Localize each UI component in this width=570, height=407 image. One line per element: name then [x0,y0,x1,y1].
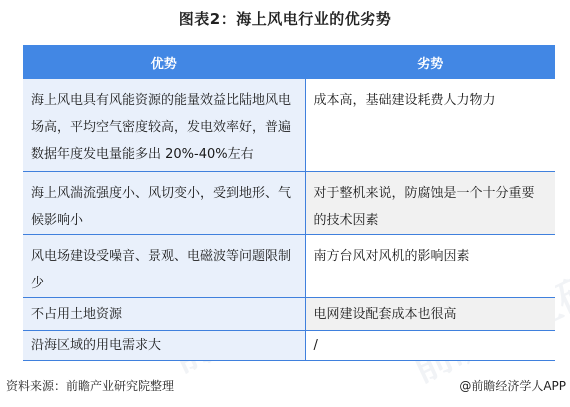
pros-cons-table: 优势 劣势 海上风电具有风能资源的能量效益比陆地风电场高，平均空气密度较高，发电… [23,45,555,361]
header-advantages: 优势 [23,45,305,79]
table-row: 沿海区域的用电需求大 / [23,330,555,360]
advantage-cell: 海上风电具有风能资源的能量效益比陆地风电场高，平均空气密度较高，发电效率好，普遍… [23,79,305,171]
table-row: 海上风电具有风能资源的能量效益比陆地风电场高，平均空气密度较高，发电效率好，普遍… [23,79,555,171]
chart-title: 图表2：海上风电行业的优劣势 [0,8,570,29]
source-note: 资料来源：前瞻产业研究院整理 [6,377,174,394]
advantage-cell: 不占用土地资源 [23,297,305,330]
table-row: 不占用土地资源 电网建设配套成本也很高 [23,297,555,330]
disadvantage-cell: 成本高，基础建设耗费人力物力 [305,79,555,171]
advantage-cell: 风电场建设受噪音、景观、电磁波等问题限制少 [23,234,305,297]
disadvantage-cell: / [305,330,555,360]
header-disadvantages: 劣势 [305,45,555,79]
disadvantage-cell: 对于整机来说，防腐蚀是一个十分重要的技术因素 [305,171,555,234]
advantage-cell: 海上风湍流强度小、风切变小，受到地形、气候影响小 [23,171,305,234]
disadvantage-cell: 南方台风对风机的影响因素 [305,234,555,297]
page: 图表2：海上风电行业的优劣势 前瞻产业研究院 前瞻产业研究院 前瞻产业研究院 优… [0,0,570,407]
advantage-cell: 沿海区域的用电需求大 [23,330,305,360]
table-row: 风电场建设受噪音、景观、电磁波等问题限制少 南方台风对风机的影响因素 [23,234,555,297]
disadvantage-cell: 电网建设配套成本也很高 [305,297,555,330]
table-header-row: 优势 劣势 [23,45,555,79]
table-row: 海上风湍流强度小、风切变小，受到地形、气候影响小 对于整机来说，防腐蚀是一个十分… [23,171,555,234]
credit-note: @前瞻经济学人APP [459,377,566,394]
